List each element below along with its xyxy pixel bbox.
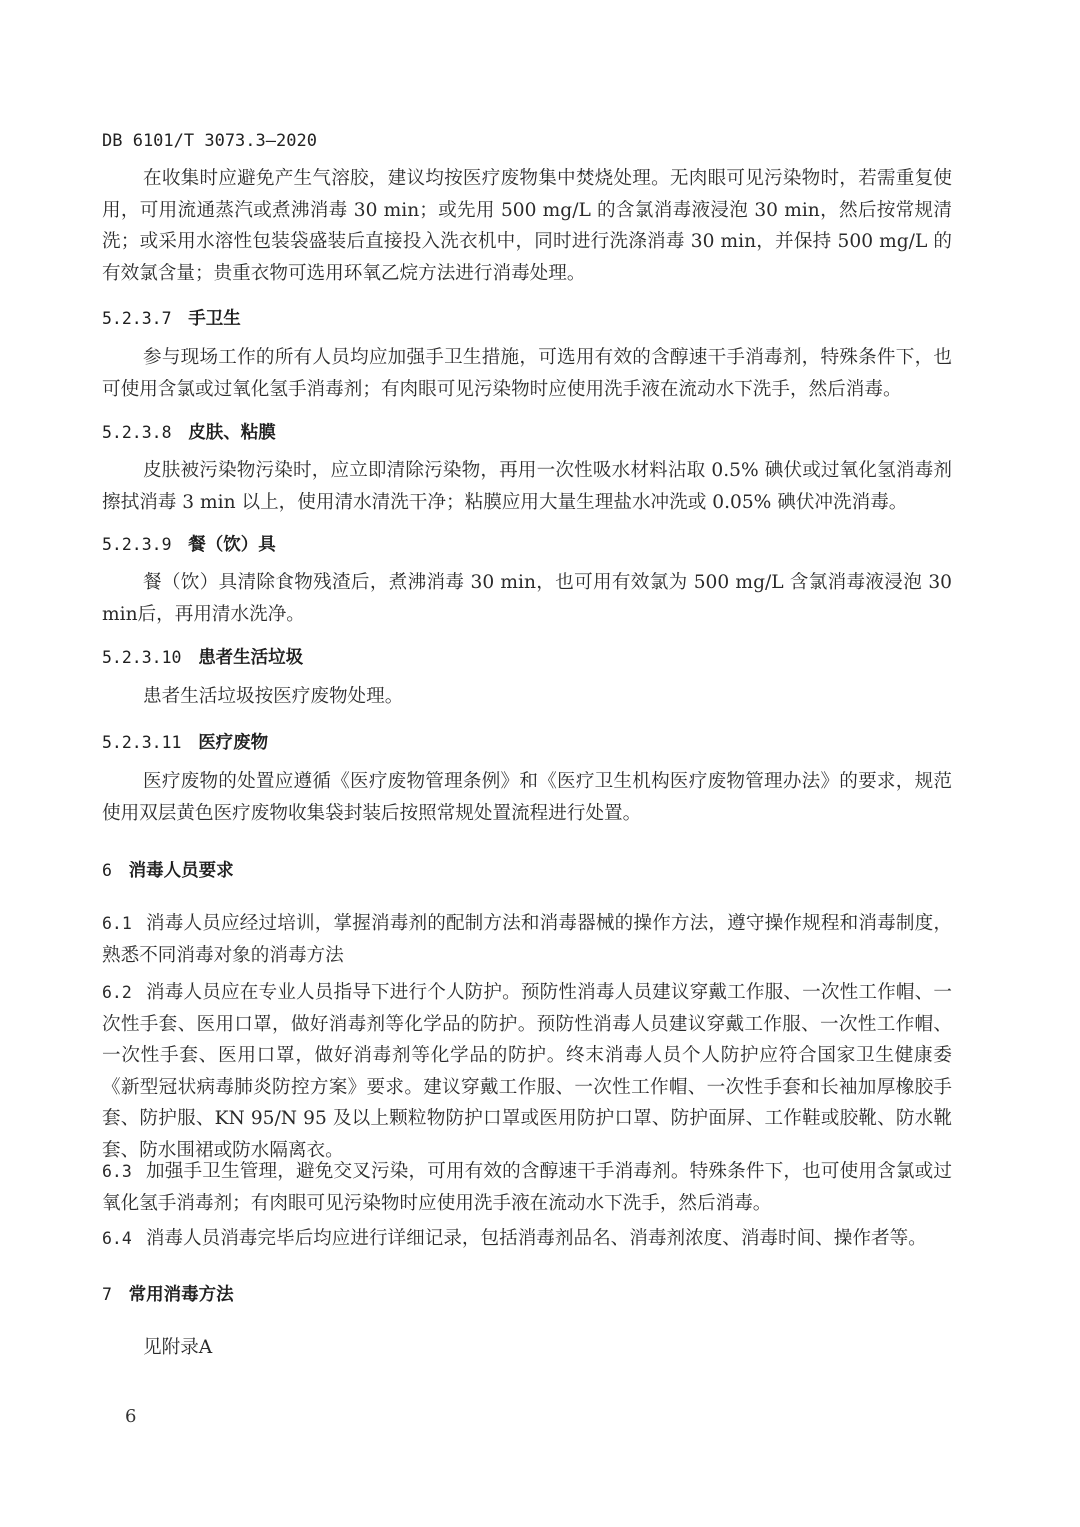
section-title: 餐（饮）具 bbox=[188, 535, 276, 555]
section-heading-6: 6 消毒人员要求 bbox=[102, 857, 234, 882]
page-number: 6 bbox=[125, 1406, 136, 1427]
section-title: 医疗废物 bbox=[198, 733, 268, 753]
paragraph-medical-waste: 医疗废物的处置应遵循《医疗废物管理条例》和《医疗卫生机构医疗废物管理办法》的要求… bbox=[102, 766, 952, 829]
section-number: 5.2.3.11 bbox=[102, 733, 181, 752]
section-title: 手卫生 bbox=[188, 309, 241, 329]
paragraph-see-appendix: 见附录A bbox=[102, 1332, 952, 1364]
clause-text: 加强手卫生管理，避免交叉污染，可用有效的含醇速干手消毒剂。特殊条件下，也可使用含… bbox=[102, 1161, 952, 1214]
clause-text: 消毒人员消毒完毕后均应进行详细记录，包括消毒剂品名、消毒剂浓度、消毒时间、操作者… bbox=[146, 1228, 927, 1249]
clause-number: 6.4 bbox=[102, 1229, 132, 1248]
paragraph-tableware: 餐（饮）具清除食物残渣后，煮沸消毒 30 min，也可用有效氯为 500 mg/… bbox=[102, 567, 952, 630]
section-number: 7 bbox=[102, 1285, 112, 1304]
clause-6-1: 6.1消毒人员应经过培训，掌握消毒剂的配制方法和消毒器械的操作方法，遵守操作规程… bbox=[102, 908, 952, 971]
section-heading-5-2-3-8: 5.2.3.8 皮肤、粘膜 bbox=[102, 419, 276, 444]
clause-number: 6.3 bbox=[102, 1162, 132, 1181]
section-heading-5-2-3-7: 5.2.3.7 手卫生 bbox=[102, 305, 241, 330]
document-id-header: DB 6101/T 3073.3—2020 bbox=[102, 131, 317, 151]
section-number: 5.2.3.9 bbox=[102, 535, 172, 554]
paragraph-skin-mucosa: 皮肤被污染物污染时，应立即清除污染物，再用一次性吸水材料沾取 0.5% 碘伏或过… bbox=[102, 455, 952, 518]
section-number: 5.2.3.8 bbox=[102, 423, 172, 442]
section-number: 5.2.3.7 bbox=[102, 309, 172, 328]
section-title: 消毒人员要求 bbox=[129, 861, 234, 881]
clause-6-2: 6.2消毒人员应在专业人员指导下进行个人防护。预防性消毒人员建议穿戴工作服、一次… bbox=[102, 977, 952, 1166]
paragraph-hand-hygiene: 参与现场工作的所有人员均应加强手卫生措施，可选用有效的含醇速干手消毒剂，特殊条件… bbox=[102, 342, 952, 405]
section-heading-7: 7 常用消毒方法 bbox=[102, 1281, 234, 1306]
section-heading-5-2-3-11: 5.2.3.11 医疗废物 bbox=[102, 729, 268, 754]
clause-text: 消毒人员应经过培训，掌握消毒剂的配制方法和消毒器械的操作方法，遵守操作规程和消毒… bbox=[102, 913, 952, 966]
clause-6-4: 6.4消毒人员消毒完毕后均应进行详细记录，包括消毒剂品名、消毒剂浓度、消毒时间、… bbox=[102, 1223, 952, 1255]
section-heading-5-2-3-9: 5.2.3.9 餐（饮）具 bbox=[102, 531, 276, 556]
section-number: 6 bbox=[102, 861, 112, 880]
clause-6-3: 6.3加强手卫生管理，避免交叉污染，可用有效的含醇速干手消毒剂。特殊条件下，也可… bbox=[102, 1156, 952, 1219]
section-number: 5.2.3.10 bbox=[102, 648, 181, 667]
clause-number: 6.1 bbox=[102, 914, 132, 933]
section-title: 皮肤、粘膜 bbox=[188, 423, 276, 443]
section-title: 患者生活垃圾 bbox=[198, 648, 303, 668]
section-title: 常用消毒方法 bbox=[129, 1285, 234, 1305]
clause-number: 6.2 bbox=[102, 983, 132, 1002]
section-heading-5-2-3-10: 5.2.3.10 患者生活垃圾 bbox=[102, 644, 303, 669]
clause-text: 消毒人员应在专业人员指导下进行个人防护。预防性消毒人员建议穿戴工作服、一次性工作… bbox=[102, 982, 952, 1161]
paragraph-patient-garbage: 患者生活垃圾按医疗废物处理。 bbox=[102, 681, 952, 713]
paragraph-clothing-disposal: 在收集时应避免产生气溶胶，建议均按医疗废物集中焚烧处理。无肉眼可见污染物时，若需… bbox=[102, 163, 952, 289]
